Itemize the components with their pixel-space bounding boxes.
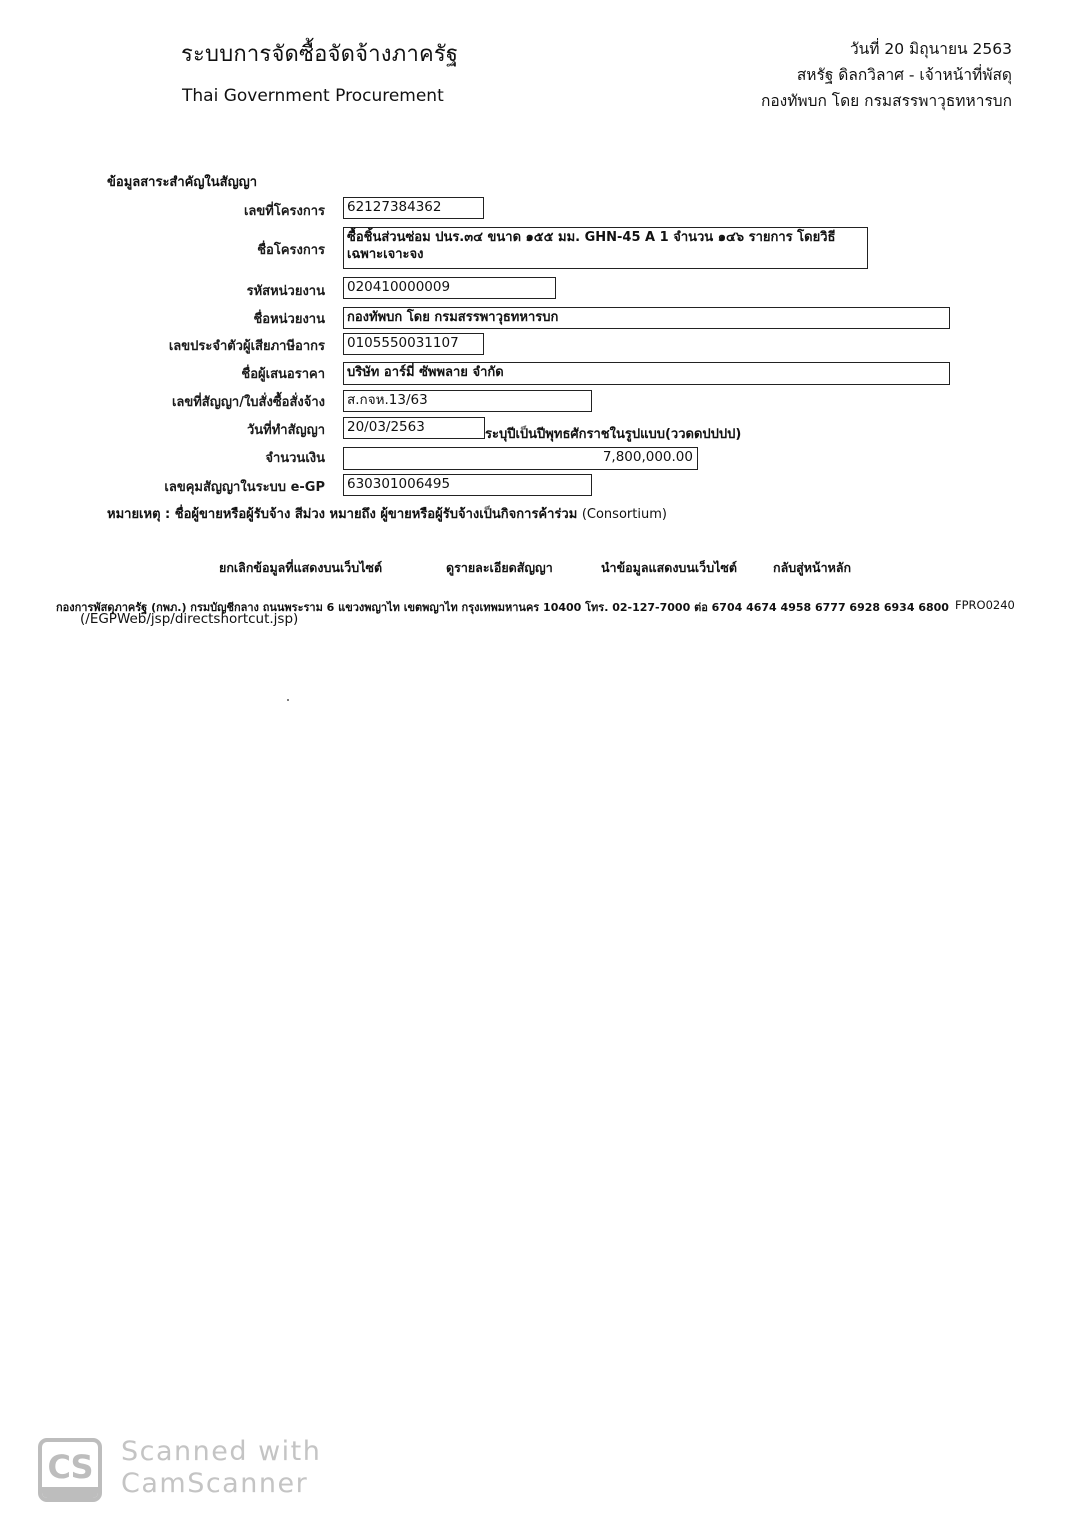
publish-link[interactable]: นำข้อมูลแสดงบนเว็บไซต์ [601,558,737,578]
system-title-en: Thai Government Procurement [182,86,444,106]
project-name-field[interactable]: ซื้อชิ้นส่วนซ่อม ปนร.๓๔ ขนาด ๑๕๕ มม. GHN… [343,227,868,269]
page-path: (/EGPWeb/jsp/directshortcut.jsp) [80,611,298,627]
camscanner-logo-bar [42,1487,98,1498]
camscanner-line2: CamScanner [121,1468,321,1500]
camscanner-caption: Scanned with CamScanner [121,1436,321,1500]
bidder-name-label: ชื่อผู้เสนอราคา [0,363,325,384]
camscanner-logo-icon: CS [38,1438,102,1502]
user-name: สหรัฐ ดิลกวิลาศ - เจ้าหน้าที่พัสดุ [797,62,1012,88]
project-name-label: ชื่อโครงการ [0,239,325,260]
camscanner-logo-text: CS [42,1448,98,1486]
agency-name-label: ชื่อหน่วยงาน [0,308,325,329]
contract-date-hint: ระบุปีเป็นปีพุทธศักราชในรูปแบบ(ววดดปปปป) [485,423,741,444]
contract-no-field[interactable]: ส.กจห.13/63 [343,390,592,412]
form-code: FPRO0240 [955,598,1015,612]
egp-control-no-field[interactable]: 630301006495 [343,474,592,496]
contract-date-field[interactable]: 20/03/2563 [343,417,485,439]
print-date: วันที่ 20 มิถุนายน 2563 [850,36,1012,62]
project-no-field[interactable]: 62127384362 [343,197,484,219]
view-contract-link[interactable]: ดูรายละเอียดสัญญา [446,558,553,578]
egp-control-no-label: เลขคุมสัญญาในระบบ e-GP [0,476,325,497]
agency-name-field[interactable]: กองทัพบก โดย กรมสรรพาวุธทหารบก [343,307,950,329]
agency-code-label: รหัสหน่วยงาน [0,280,325,301]
camscanner-line1: Scanned with [121,1436,321,1468]
bidder-name-field[interactable]: บริษัท อาร์มี่ ซัพพลาย จำกัด [343,362,950,385]
section-title: ข้อมูลสาระสำคัญในสัญญา [107,171,257,192]
project-no-label: เลขที่โครงการ [0,200,325,221]
back-home-link[interactable]: กลับสู่หน้าหลัก [773,558,851,578]
amount-field[interactable]: 7,800,000.00 [343,447,698,470]
scan-speck [287,699,289,701]
contract-no-label: เลขที่สัญญา/ใบสั่งซื้อสั่งจ้าง [0,391,325,412]
note-middle: หมายถึง ผู้ขายหรือผู้รับจ้างเป็นกิจการค้… [330,507,578,522]
note-suffix: (Consortium) [582,507,667,522]
tax-id-field[interactable]: 0105550031107 [343,333,484,355]
amount-label: จำนวนเงิน [0,447,325,468]
agency-code-field[interactable]: 020410000009 [343,277,556,299]
system-title-th: ระบบการจัดซื้อจัดจ้างภาครัฐ [181,36,458,71]
contract-date-label: วันที่ทำสัญญา [0,419,325,440]
consortium-note: หมายเหตุ : ชื่อผู้ขายหรือผู้รับจ้าง สีม่… [107,503,667,524]
cancel-publish-link[interactable]: ยกเลิกข้อมูลที่แสดงบนเว็บไซต์ [219,558,382,578]
note-prefix: หมายเหตุ : ชื่อผู้ขายหรือผู้รับจ้าง [107,507,290,522]
note-highlight: สีม่วง [295,507,325,522]
organization: กองทัพบก โดย กรมสรรพาวุธทหารบก [761,88,1012,114]
tax-id-label: เลขประจำตัวผู้เสียภาษีอากร [0,335,325,356]
